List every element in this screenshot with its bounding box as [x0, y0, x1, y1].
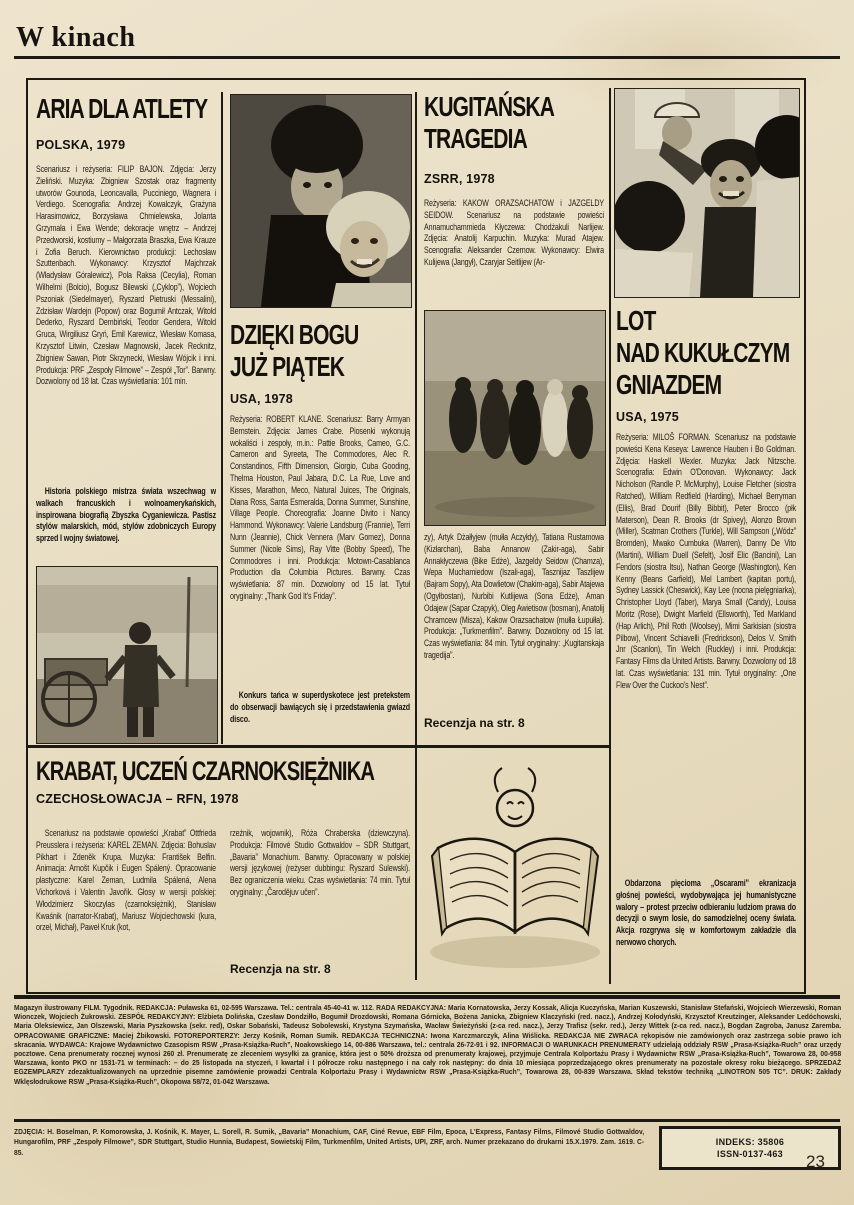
article-title-krabat: KRABAT, UCZEŃ CZARNOKSIĘŻNIKA [36, 756, 406, 788]
kicker-rule [14, 56, 840, 59]
article-country-dzieki: USA, 1978 [230, 392, 293, 406]
issn-number: ISSN-0137-463 [717, 1149, 783, 1159]
krabat-book-illustration [420, 756, 609, 984]
couple-photo-graphic [231, 95, 411, 307]
column-divider-1 [221, 92, 223, 744]
photo-kugitanska-still [424, 310, 606, 526]
column-divider-2 [415, 92, 417, 980]
masthead-top-rule [14, 995, 840, 999]
article-credits-lot: Reżyseria: MILOŠ FORMAN. Scenariusz na p… [616, 432, 796, 872]
cuckoo-still-graphic [615, 89, 799, 297]
article-credits-aria: Scenariusz i reżyseria: FILIP BAJON. Zdj… [36, 164, 216, 484]
page-number: 23 [806, 1152, 825, 1172]
photo-credits: ZDJĘCIA: H. Boselman, P. Komorowska, J. … [14, 1127, 644, 1163]
column-divider-3 [609, 88, 611, 984]
article-country-kugitanska: ZSRR, 1978 [424, 172, 495, 186]
article-summary-lot: Obdarzona pięcioma „Oscarami” ekranizacj… [616, 878, 796, 978]
photo-aria-still [36, 566, 218, 744]
masthead-bottom-rule [14, 1119, 840, 1122]
article-credits-dzieki: Reżyseria: ROBERT KLANE. Scenariusz: Bar… [230, 414, 410, 690]
article-credits-krabat-col1: Scenariusz na podstawie opowieści „Kraba… [36, 828, 216, 986]
article-title-kugitanska: KUGITAŃSKA TRAGEDIA [424, 92, 604, 156]
section-heading: W kinach [16, 22, 135, 54]
kugitanska-still-graphic [425, 311, 605, 525]
indeks-number: INDEKS: 35806 [716, 1137, 784, 1147]
aria-still-graphic [37, 567, 217, 743]
krabat-top-rule [28, 745, 611, 748]
article-title-dzieki: DZIĘKI BOGU JUŻ PIĄTEK [230, 320, 410, 384]
article-summary-dzieki: Konkurs tańca w superdyskotece jest pret… [230, 690, 410, 742]
article-credits-krabat-col2: rzeźnik, wojownik), Róża Chraberska (dzi… [230, 828, 410, 958]
article-country-lot: USA, 1975 [616, 410, 679, 424]
article-country-krabat: CZECHOSŁOWACJA – RFN, 1978 [36, 792, 239, 806]
content-frame: ARIA DLA ATLETY POLSKA, 1979 Scenariusz … [26, 78, 806, 994]
photo-cuckoo-still [614, 88, 800, 298]
magazine-page: W kinach ARIA DLA ATLETY POLSKA, 1979 Sc… [0, 0, 854, 1205]
article-credits-kugitanska-top: Reżyseria: KAKOW ORAZSACHATOW i JAZGELDY… [424, 198, 604, 306]
review-note-kugitanska: Recenzja na str. 8 [424, 716, 525, 730]
krabat-book-graphic [420, 756, 609, 984]
article-title-lot: LOT NAD KUKUŁCZYM GNIAZDEM [616, 306, 796, 402]
article-title-aria: ARIA DLA ATLETY [36, 94, 216, 126]
review-note-krabat: Recenzja na str. 8 [230, 962, 331, 976]
article-country-aria: POLSKA, 1979 [36, 138, 125, 152]
article-credits-kugitanska-bottom: zy), Artyk Dżałłyjew (mułła Aczyłdy), Ta… [424, 532, 604, 702]
masthead-imprint: Magazyn ilustrowany FILM. Tygodnik. REDA… [14, 1003, 841, 1115]
photo-couple [230, 94, 412, 308]
article-summary-aria: Historia polskiego mistrza świata wszech… [36, 486, 216, 562]
